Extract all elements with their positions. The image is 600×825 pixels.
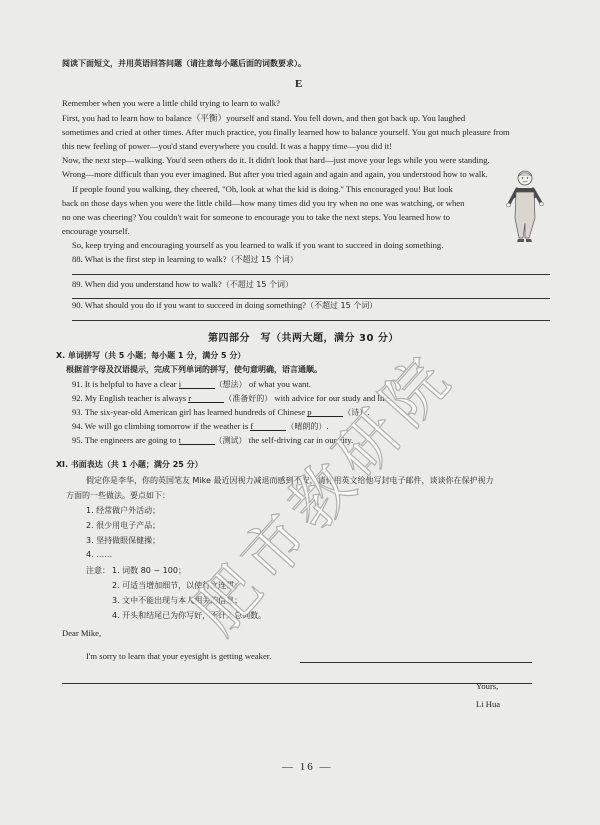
writing-line-2[interactable] xyxy=(62,683,532,684)
letter-closing: Yours, xyxy=(476,680,498,693)
section10-heading: Ⅹ. 单词拼写（共 5 小题；每小题 1 分，满分 5 分） xyxy=(56,350,245,361)
passage-line: this new feeling of power—you'd stand ev… xyxy=(62,140,392,153)
walking-child-illustration xyxy=(505,168,545,248)
letter-signature: Li Hua xyxy=(476,698,500,711)
question-89: 89. When did you understand how to walk?… xyxy=(72,278,293,291)
writing-point: 3. 坚持做眼保健操； xyxy=(86,535,160,546)
writing-line-1[interactable] xyxy=(300,662,532,663)
spelling-blank-95[interactable]: t xyxy=(179,434,215,445)
writing-point: 2. 很少用电子产品； xyxy=(86,520,160,531)
writing-note: 2. 可适当增加细节，以使行文连贯； xyxy=(112,580,242,591)
passage-line: Now, the next step—walking. You'd seen o… xyxy=(62,154,490,167)
passage-line: back on those days when you were the lit… xyxy=(62,197,464,210)
spelling-blank-91[interactable]: i xyxy=(179,378,215,389)
passage-line: Remember when you were a little child tr… xyxy=(62,97,280,110)
section10-instruction: 根据首字母及汉语提示，完成下列单词的拼写，使句意明确，语言通顺。 xyxy=(66,364,322,375)
section11-heading: Ⅺ. 书面表达（共 1 小题；满分 25 分） xyxy=(56,459,203,470)
writing-note: 1. 词数 80 ~ 100； xyxy=(112,565,186,576)
passage-line: no one was cheering? You couldn't wait f… xyxy=(62,211,450,224)
spelling-item-94: 94. We will go climbing tomorrow if the … xyxy=(72,420,329,433)
spelling-item-92: 92. My English teacher is always r（准备好的）… xyxy=(72,392,391,405)
passage-line: If people found you walking, they cheere… xyxy=(72,183,453,196)
writing-note: 3. 文中不能出现与本人相关的信息； xyxy=(112,595,242,606)
spelling-item-93: 93. The six-year-old American girl has l… xyxy=(72,406,369,419)
spelling-blank-94[interactable]: f xyxy=(250,420,286,431)
letter-opening: I'm sorry to learn that your eyesight is… xyxy=(86,650,271,663)
question-90: 90. What should you do if you want to su… xyxy=(72,299,377,312)
answer-line-88[interactable] xyxy=(72,274,550,275)
passage-label: E xyxy=(295,78,302,90)
answer-line-90[interactable] xyxy=(72,320,550,321)
notes-label: 注意： xyxy=(86,565,110,576)
spelling-item-91: 91. It is helpful to have a clear i（想法） … xyxy=(72,378,311,391)
passage-line: So, keep trying and encouraging yourself… xyxy=(72,239,443,252)
writing-prompt-line1: 假定你是李华，你的英国笔友 Mike 最近因视力减退而感到不安，请你用英文给他写… xyxy=(86,475,493,486)
passage-line: sometimes and cried at other times. Afte… xyxy=(62,126,510,139)
spelling-item-95: 95. The engineers are going to t（测试） the… xyxy=(72,434,353,447)
spelling-blank-93[interactable]: p xyxy=(307,406,343,417)
writing-note: 4. 开头和结尾已为你写好，不计入总词数。 xyxy=(112,610,266,621)
exam-page: 阅读下面短文，并用英语回答问题（请注意每小题后面的词数要求）。 E Rememb… xyxy=(0,0,600,825)
question-88: 88. What is the first step in learning t… xyxy=(72,253,298,266)
writing-point: 4. …… xyxy=(86,550,112,559)
reading-instructions: 阅读下面短文，并用英语回答问题（请注意每小题后面的词数要求）。 xyxy=(62,58,306,69)
writing-prompt-line2: 方面的一些做法。要点如下： xyxy=(66,490,170,501)
passage-line: First, you had to learn how to balance（平… xyxy=(62,112,465,125)
passage-line: encourage yourself. xyxy=(62,225,130,238)
page-number: — 16 — xyxy=(282,761,333,773)
writing-point: 1. 经常做户外活动； xyxy=(86,505,160,516)
part4-title: 第四部分 写（共两大题，满分 30 分） xyxy=(208,329,399,344)
letter-greeting: Dear Mike, xyxy=(62,627,101,640)
passage-line: Wrong—more difficult than you ever imagi… xyxy=(62,168,488,181)
spelling-blank-92[interactable]: r xyxy=(188,392,224,403)
